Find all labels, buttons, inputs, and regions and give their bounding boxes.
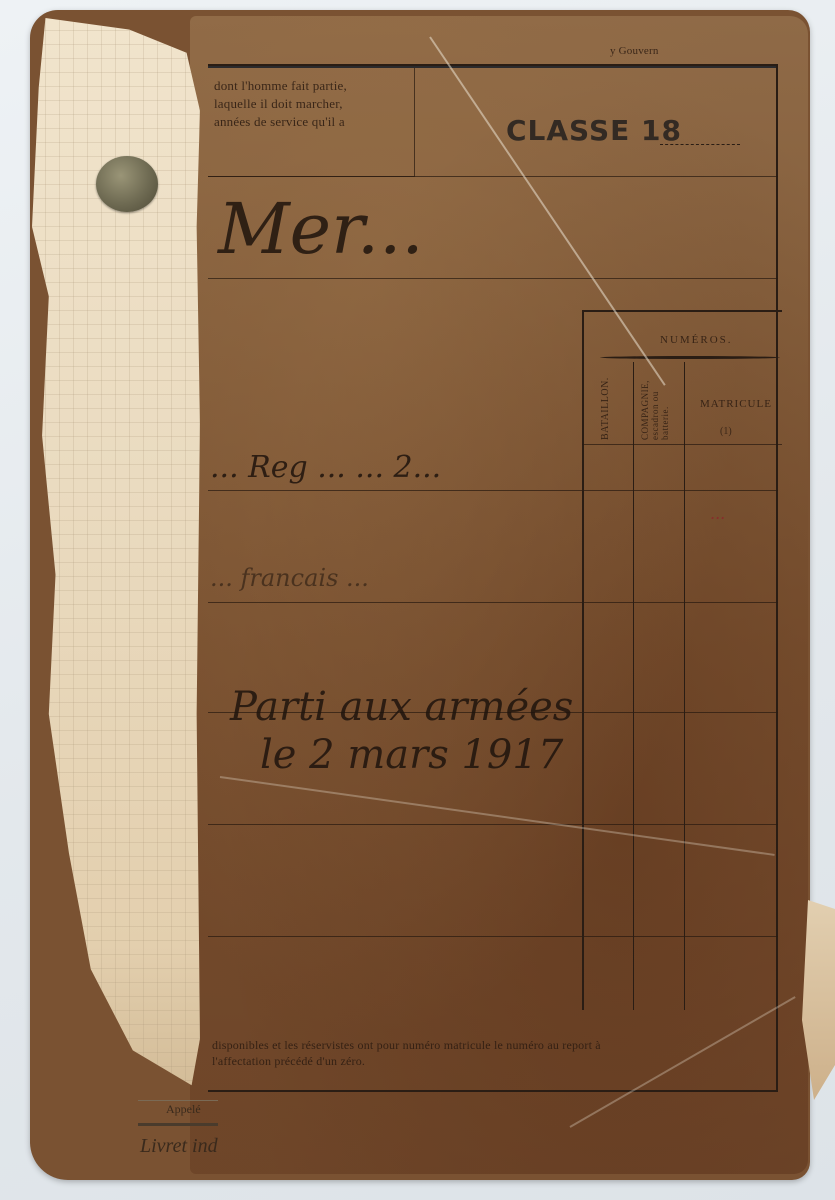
- rivet-icon: [96, 156, 158, 212]
- handwritten-name: Mer...: [218, 188, 424, 270]
- red-stamp-mark: ...: [710, 504, 725, 523]
- rule-row-2: [208, 278, 778, 279]
- footnote-line-1: disponibles et les réservistes ont pour …: [212, 1038, 601, 1053]
- col-compagnie-label: COMPAGNIE, escadron ou batterie.: [640, 366, 670, 440]
- handwritten-date: le 2 mars 1917: [260, 732, 563, 778]
- header-rule: [582, 444, 782, 445]
- handwritten-depart: Parti aux armées: [230, 684, 573, 730]
- col-bataillon-label: BATAILLON.: [600, 366, 611, 440]
- booklet: dont l'homme fait partie, laquelle il do…: [30, 10, 810, 1180]
- printed-line-2: laquelle il doit marcher,: [214, 96, 343, 111]
- col-matricule-label: MATRICULE: [700, 398, 772, 410]
- numeros-box: [582, 310, 784, 1010]
- numeros-title: NUMÉROS.: [660, 334, 733, 346]
- handwritten-line-third: ... francais ...: [210, 564, 369, 592]
- footnote-line-2: l'affectation précédé d'un zéro.: [212, 1054, 365, 1069]
- spine-appele: Appelé: [166, 1102, 201, 1117]
- column-divider-1: [633, 362, 634, 1010]
- booklet-cover: dont l'homme fait partie, laquelle il do…: [190, 16, 808, 1174]
- matricule-note: (1): [720, 426, 732, 437]
- printed-line-3: années de service qu'il a: [214, 114, 345, 129]
- rule-row-1: [208, 176, 778, 177]
- spine-livret: Livret ind: [140, 1135, 218, 1158]
- column-divider-2: [684, 362, 685, 1010]
- classe-underline: [660, 144, 740, 145]
- classe-label: CLASSE 18: [506, 114, 682, 147]
- printed-line-1: dont l'homme fait partie,: [214, 78, 347, 93]
- handwritten-regiment: ... Reg ... ... 2...: [210, 450, 441, 485]
- top-right-fragment: y Gouvern: [610, 44, 659, 59]
- numeros-swash: [600, 356, 780, 359]
